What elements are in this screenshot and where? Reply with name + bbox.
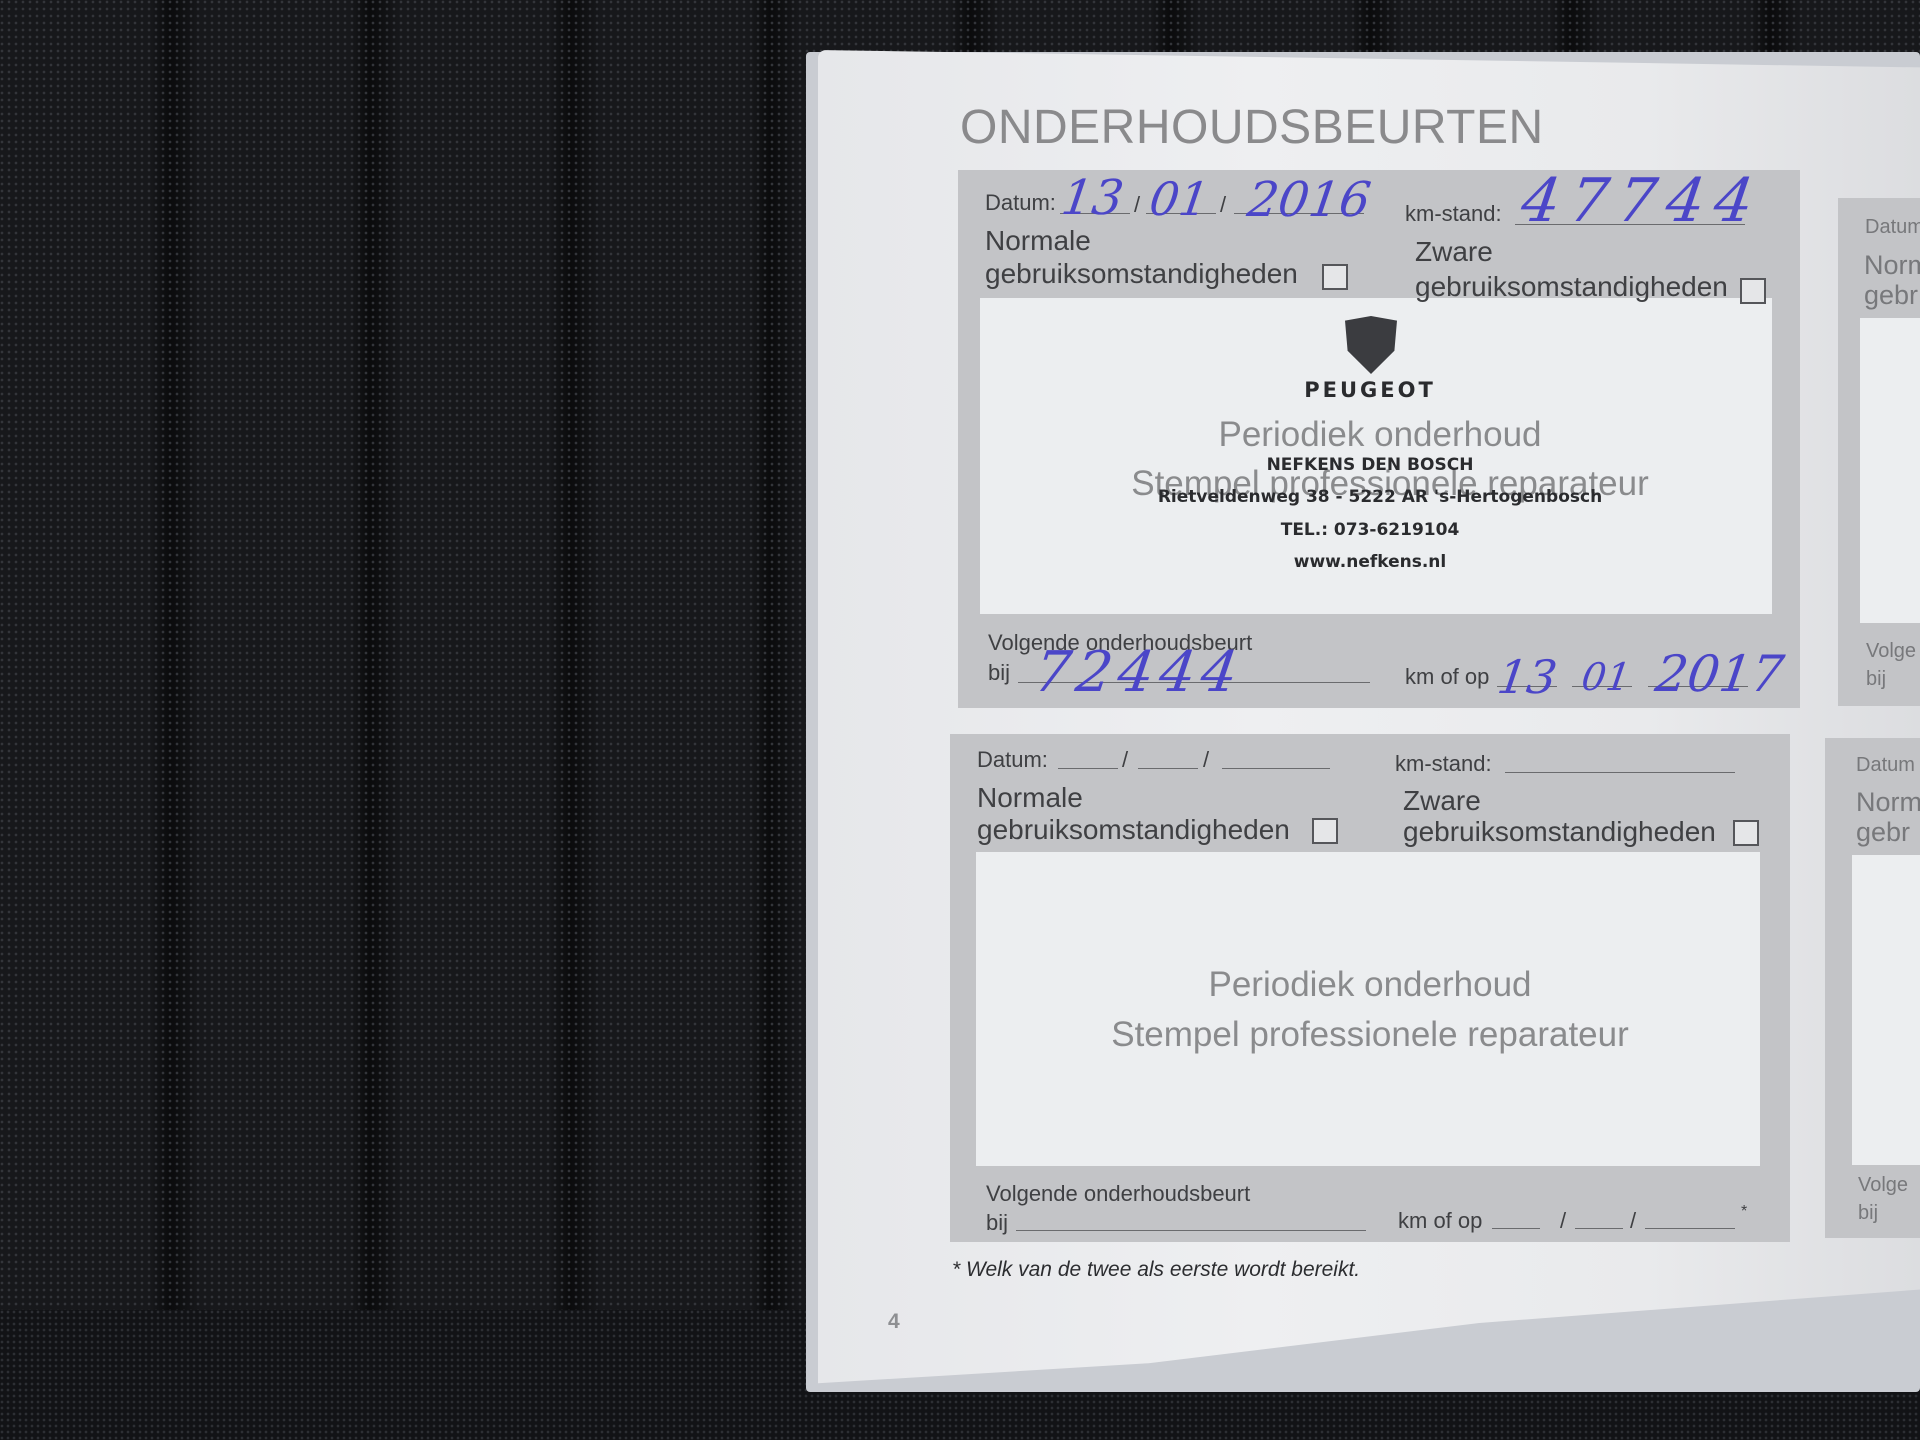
entry-2-zware-label: Zware	[1403, 785, 1481, 817]
right-2-volgende-label: Volge	[1858, 1174, 1908, 1197]
entry-2-day-line	[1058, 768, 1118, 769]
entry-1-periodiek-label: Periodiek onderhoud	[1080, 415, 1680, 455]
entry-2-bij-label: bij	[986, 1210, 1008, 1236]
entry-2-km-label: km-stand:	[1395, 751, 1492, 777]
entry-1-date-day[interactable]: 13	[1058, 170, 1127, 226]
stamp-address: Rietveldenweg 38 - 5222 AR 's-Hertogenbo…	[1110, 487, 1650, 507]
entry-1-km-value[interactable]: 47744	[1517, 166, 1768, 236]
stamp-website: www.nefkens.nl	[1240, 552, 1500, 572]
page-number: 4	[888, 1310, 900, 1334]
entry-1-date-month[interactable]: 01	[1146, 172, 1212, 226]
slash: /	[1220, 192, 1226, 218]
right-entry-2-stamp-area	[1852, 855, 1920, 1165]
entry-1-zware-label-2: gebruiksomstandigheden	[1415, 271, 1728, 303]
entry-2-next-month-line	[1575, 1228, 1623, 1229]
entry-2-km-of-op-label: km of op	[1398, 1208, 1482, 1234]
entry-1-date-year[interactable]: 2016	[1244, 172, 1374, 228]
entry-2-next-year-line	[1645, 1228, 1735, 1229]
right-volgende-label: Volge	[1866, 640, 1916, 663]
entry-2-zware-label-2: gebruiksomstandigheden	[1403, 816, 1716, 848]
entry-1-datum-label: Datum:	[985, 190, 1056, 216]
slash: /	[1203, 747, 1209, 773]
right-2-bij-label: bij	[1858, 1202, 1878, 1225]
right-2-gebr-label: gebr	[1856, 817, 1910, 848]
entry-1-next-day[interactable]: 13	[1494, 650, 1560, 704]
footnote: * Welk van de twee als eerste wordt bere…	[952, 1258, 1360, 1282]
right-normale-label: Norm	[1864, 250, 1920, 281]
entry-2-periodiek-label: Periodiek onderhoud	[1070, 965, 1670, 1005]
entry-2-volgende-label: Volgende onderhoudsbeurt	[986, 1181, 1250, 1207]
page-title: ONDERHOUDSBEURTEN	[960, 100, 1544, 155]
entry-1-next-month[interactable]: 01	[1579, 655, 1634, 699]
entry-1-normale-label-2: gebruiksomstandigheden	[985, 258, 1298, 290]
right-entry-1-stamp-area	[1860, 318, 1920, 623]
right-bij-label: bij	[1866, 668, 1886, 691]
asterisk: *	[1741, 1203, 1747, 1221]
entry-1-km-of-op-label: km of op	[1405, 664, 1489, 690]
entry-2-normale-label: Normale	[977, 782, 1083, 814]
right-datum-label: Datum	[1865, 216, 1920, 239]
slash: /	[1134, 192, 1140, 218]
stamp-dealer: NEFKENS DEN BOSCH	[1190, 455, 1550, 475]
entry-2-normale-checkbox[interactable]	[1312, 818, 1338, 844]
entry-2-stamp-area	[976, 852, 1760, 1166]
entry-1-km-label: km-stand:	[1405, 201, 1502, 227]
entry-1-next-year[interactable]: 2017	[1652, 645, 1787, 703]
entry-2-zware-checkbox[interactable]	[1733, 820, 1759, 846]
slash: /	[1630, 1208, 1636, 1234]
entry-2-km-line	[1505, 772, 1735, 773]
entry-2-normale-label-2: gebruiksomstandigheden	[977, 814, 1290, 846]
right-2-datum-label: Datum	[1856, 754, 1915, 777]
stamp-phone: TEL.: 073-6219104	[1230, 520, 1510, 540]
entry-2-stempel-label: Stempel professionele reparateur	[1050, 1015, 1690, 1055]
entry-2-year-line	[1222, 768, 1330, 769]
entry-1-normale-label: Normale	[985, 225, 1091, 257]
entry-1-next-km[interactable]: 72444	[1030, 640, 1247, 705]
entry-1-zware-checkbox[interactable]	[1740, 278, 1766, 304]
entry-1-normale-checkbox[interactable]	[1322, 264, 1348, 290]
slash: /	[1560, 1208, 1566, 1234]
right-gebr-label: gebr	[1864, 280, 1918, 311]
entry-1-zware-label: Zware	[1415, 236, 1493, 268]
right-2-normale-label: Norm	[1856, 787, 1920, 818]
entry-2-datum-label: Datum:	[977, 747, 1048, 773]
entry-2-next-km-line	[1016, 1230, 1366, 1231]
stamp-brand: PEUGEOT	[1280, 378, 1460, 402]
entry-2-next-day-line	[1492, 1228, 1540, 1229]
entry-1-bij-label: bij	[988, 660, 1010, 686]
slash: /	[1122, 747, 1128, 773]
entry-2-month-line	[1138, 768, 1198, 769]
